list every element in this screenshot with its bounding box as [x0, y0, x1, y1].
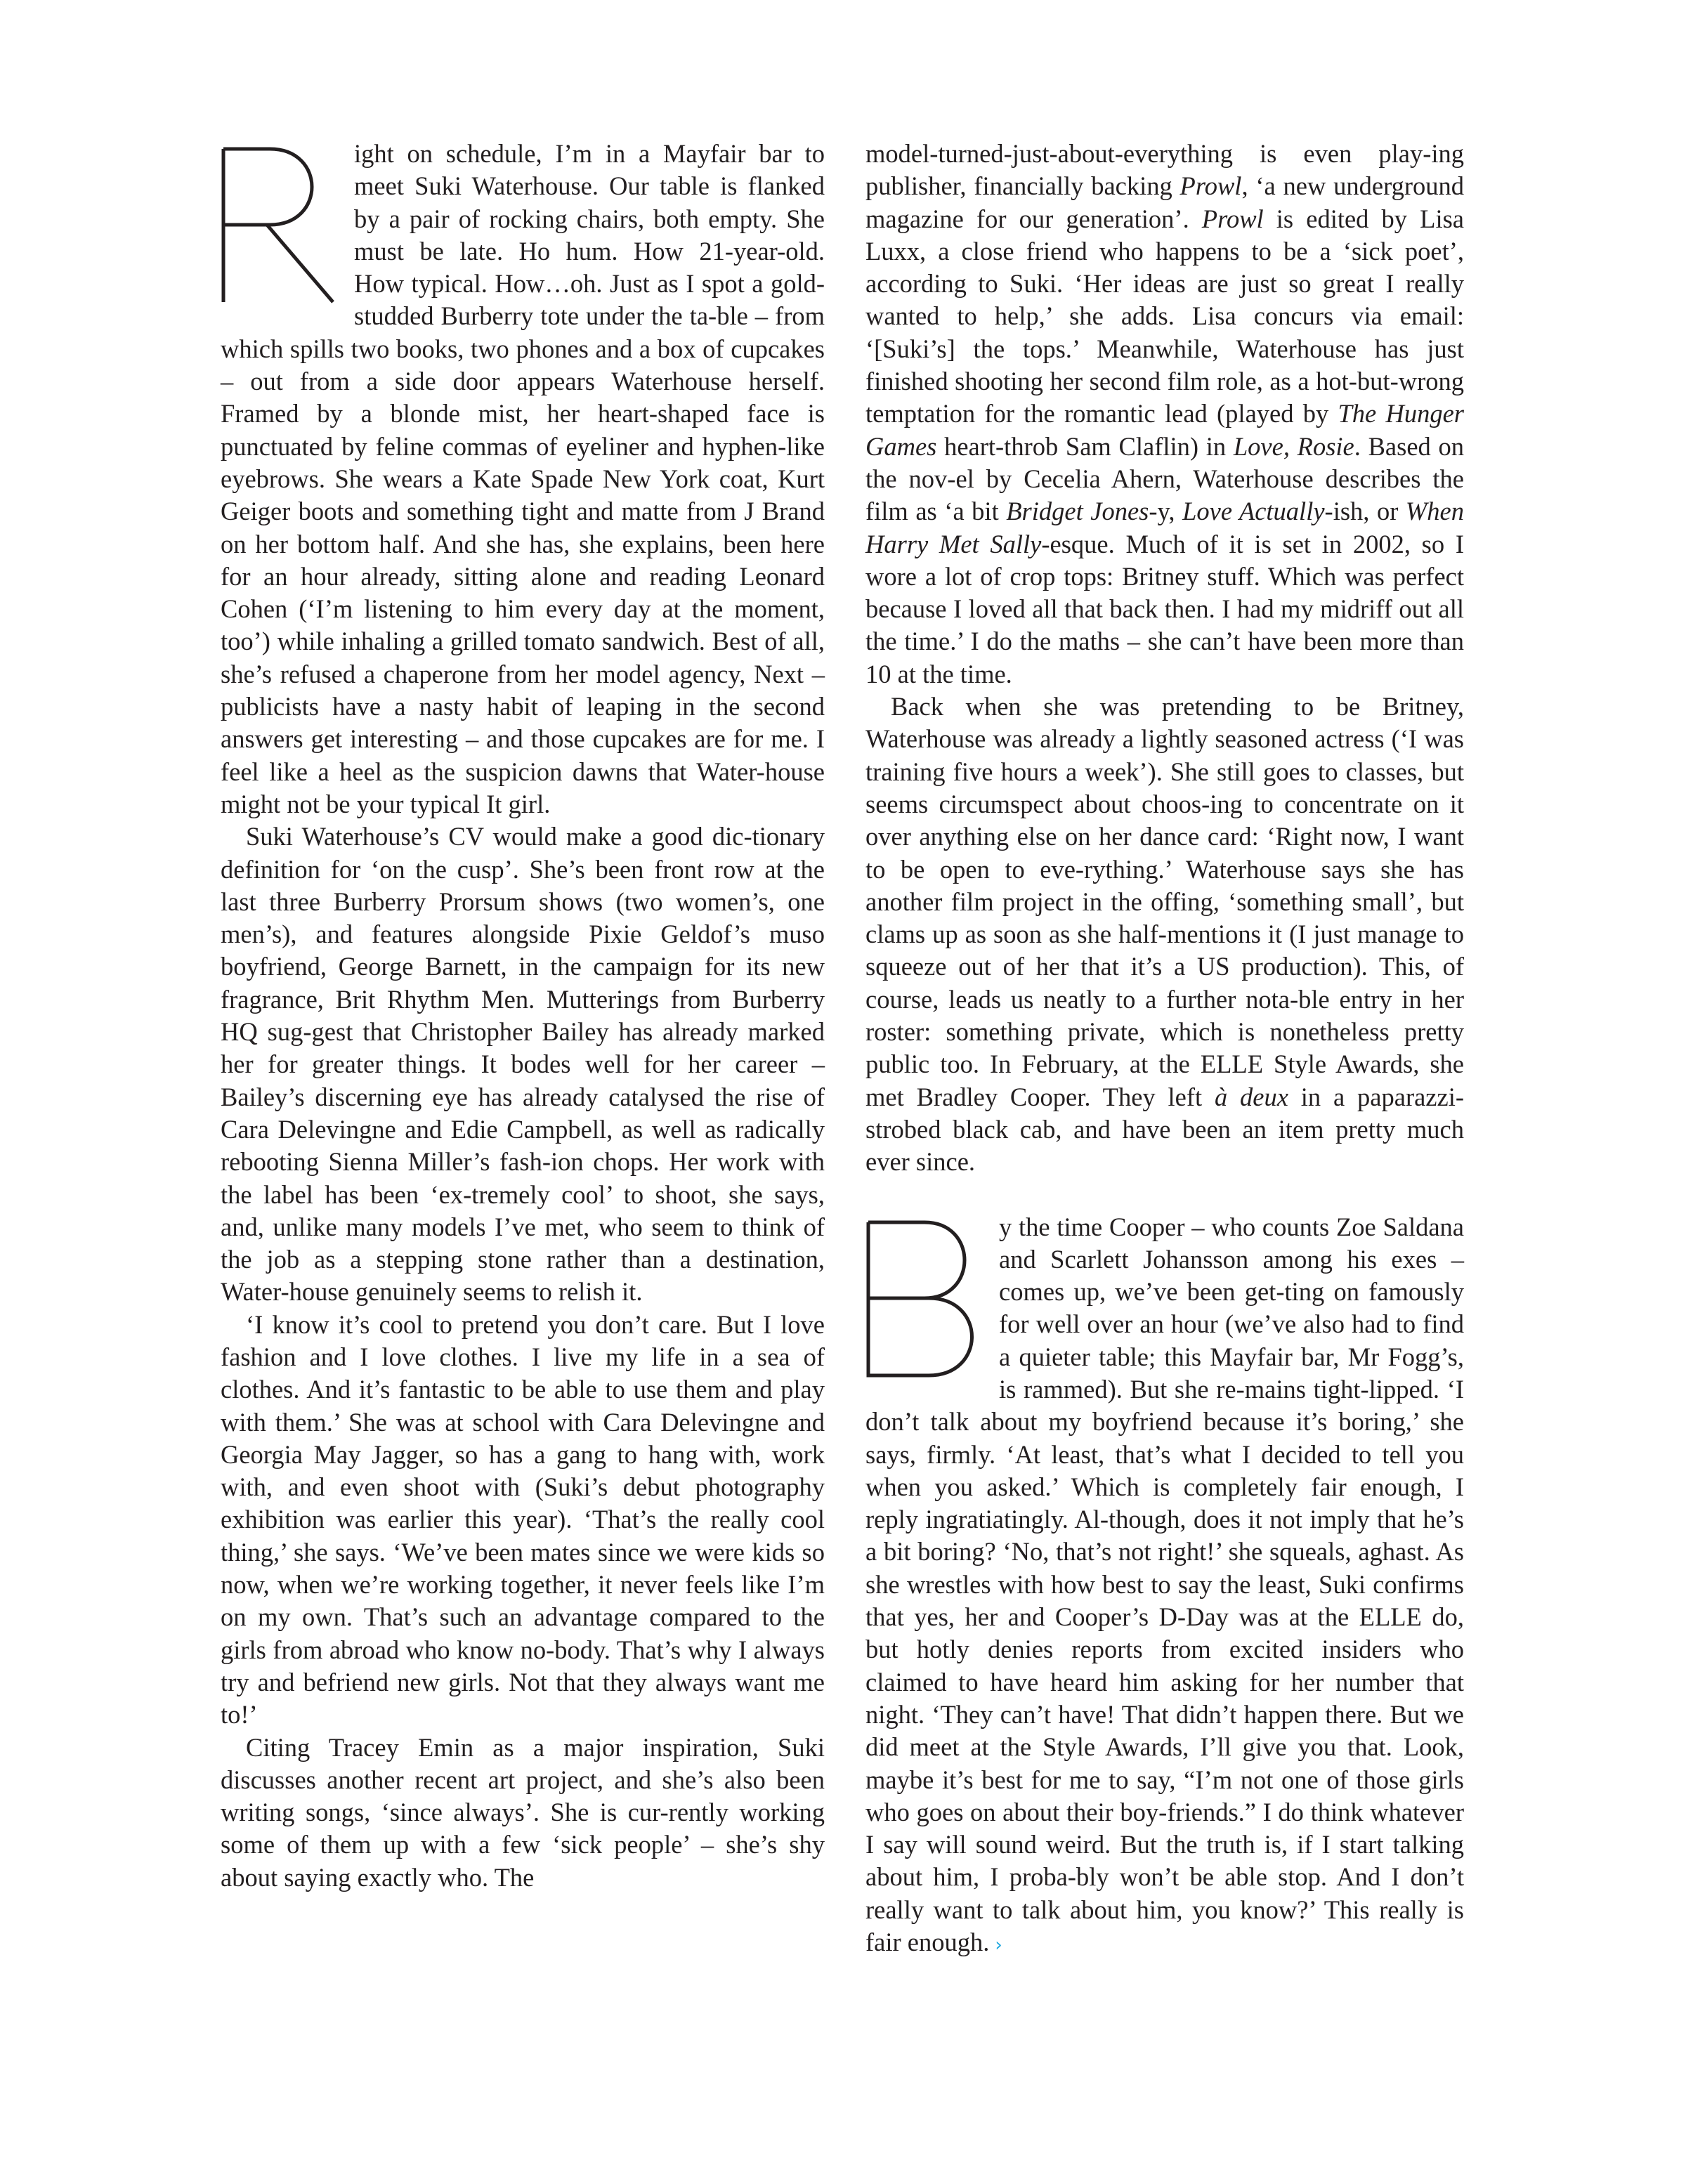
article-paragraph: y the time Cooper – who counts Zoe Salda…	[865, 1211, 1464, 1962]
continue-arrow-icon: ›	[995, 1935, 1002, 1956]
article-paragraph: Back when she was pretending to be Britn…	[865, 691, 1464, 1178]
article-paragraph: model-turned-just-about-everything is ev…	[865, 138, 1464, 691]
article-column-1: ight on schedule, I’m in a Mayfair bar t…	[221, 138, 825, 1894]
dropcap-b	[865, 1219, 985, 1378]
section-break	[865, 1179, 1464, 1211]
dropcap-r	[221, 146, 340, 305]
magazine-page: ight on schedule, I’m in a Mayfair bar t…	[0, 0, 1686, 2184]
article-paragraph: ight on schedule, I’m in a Mayfair bar t…	[221, 138, 825, 820]
article-paragraph: Suki Waterhouse’s CV would make a good d…	[221, 820, 825, 1308]
article-paragraph: Citing Tracey Emin as a major inspiratio…	[221, 1732, 825, 1894]
article-paragraph: ‘I know it’s cool to pretend you don’t c…	[221, 1309, 825, 1732]
article-column-2: model-turned-just-about-everything is ev…	[865, 138, 1464, 1961]
